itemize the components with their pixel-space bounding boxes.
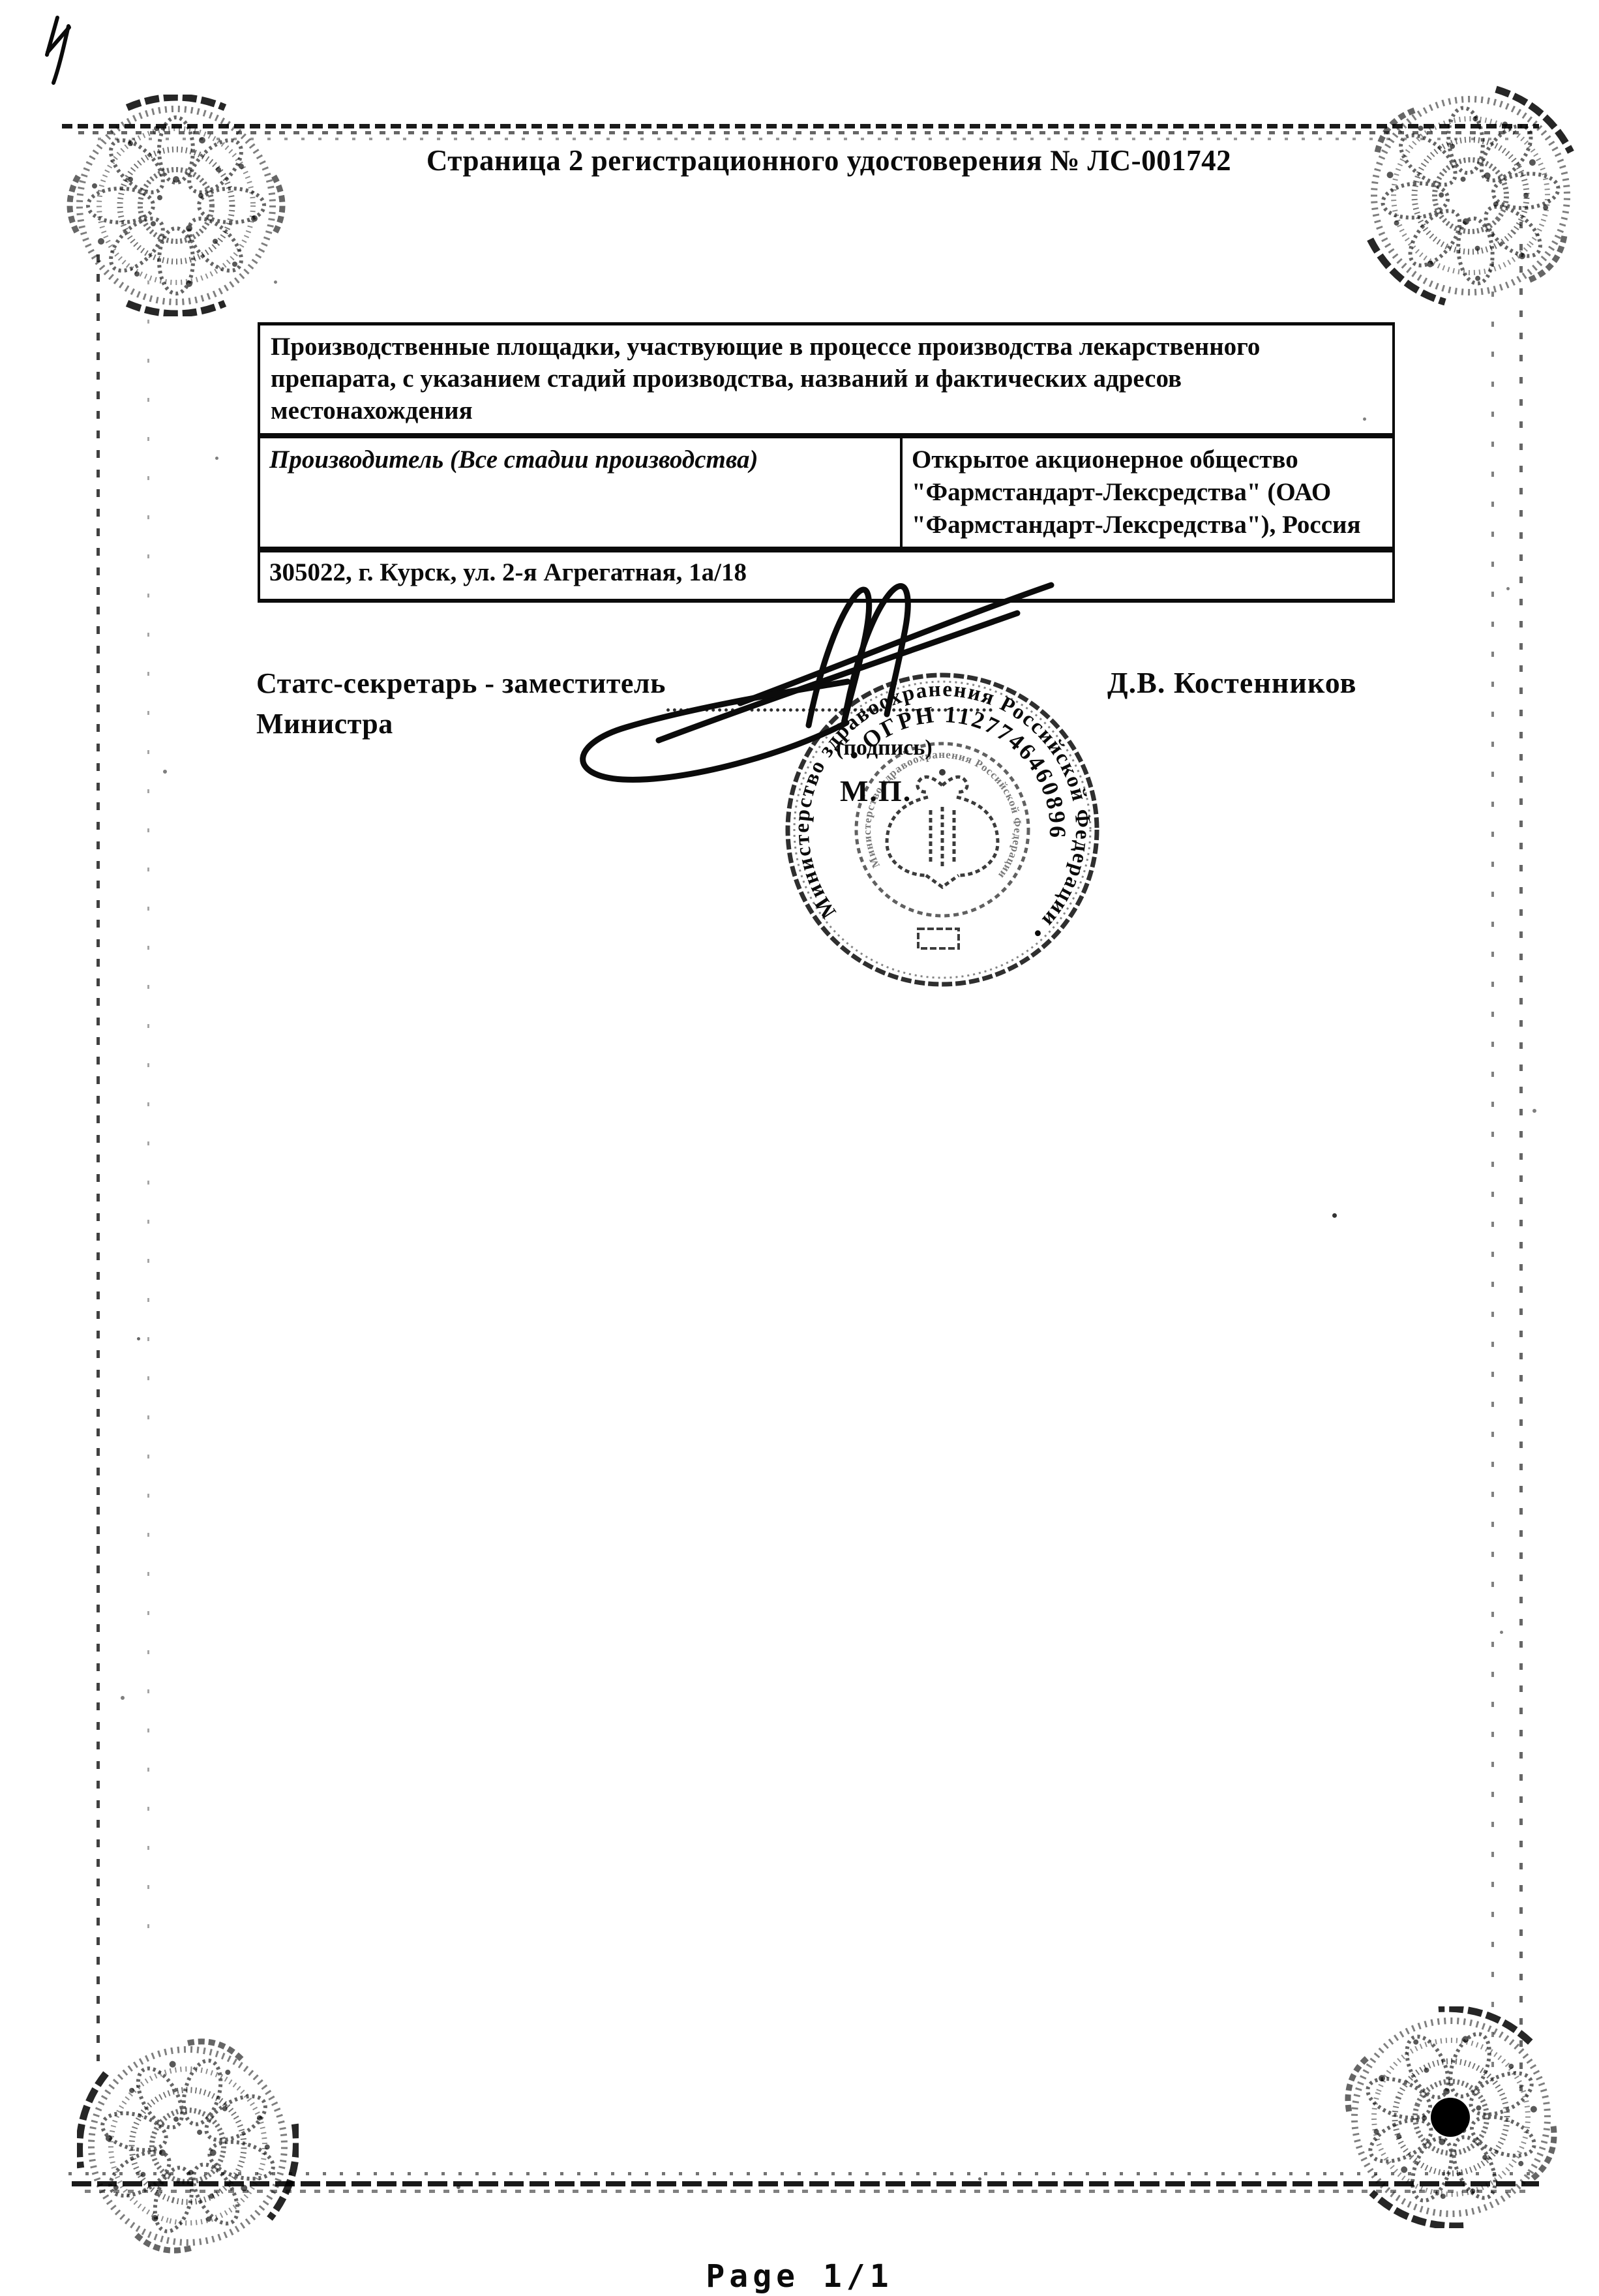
- signer-name: Д.В. Костенников: [1107, 665, 1356, 700]
- scanned-certificate-page: Страница 2 регистрационного удостоверени…: [0, 0, 1599, 2296]
- manufacturer-row: Производитель (Все стадии производства) …: [259, 436, 1394, 550]
- right-border-line: [1491, 232, 1494, 2084]
- manufacturer-value-line: "Фармстандарт-Лексредства"), Россия: [912, 509, 1383, 541]
- scan-speck: [121, 1696, 125, 1700]
- bottom-border-noise: [85, 2190, 1526, 2193]
- scan-speck: [137, 1337, 140, 1340]
- top-border-noise: [98, 138, 1519, 140]
- scan-speck: [215, 457, 218, 460]
- scan-speck: [1506, 587, 1510, 590]
- manufacturer-value-cell: Открытое акционерное общество "Фармстанд…: [901, 436, 1394, 550]
- scan-speck: [456, 2185, 460, 2189]
- ink-blot: [1431, 2098, 1470, 2137]
- table-header-line: местонахождения: [271, 395, 1382, 427]
- right-border-line: [1519, 222, 1523, 2100]
- corner-rosette-bottom-left: [77, 2035, 299, 2257]
- scan-speck: [274, 280, 277, 284]
- corner-rosette-top-left: [65, 95, 287, 316]
- manufacturer-label-cell: Производитель (Все стадии производства): [259, 436, 901, 550]
- page-title: Страница 2 регистрационного удостоверени…: [0, 143, 1599, 177]
- scan-speck: [978, 2177, 981, 2181]
- scan-speck: [1532, 1109, 1536, 1113]
- scan-speck: [1332, 1213, 1337, 1218]
- scan-speck: [1363, 417, 1366, 421]
- top-border-noise: [78, 131, 1532, 134]
- table-header-line: Производственные площадки, участвующие в…: [271, 331, 1382, 363]
- scan-speck: [1500, 1631, 1503, 1634]
- handwritten-page-mark: [39, 14, 73, 86]
- corner-rosette-top-right: [1360, 85, 1581, 307]
- left-border-noise: [147, 280, 149, 1963]
- signer-position-line2: Министра: [256, 707, 393, 740]
- table-header-cell: Производственные площадки, участвующие в…: [259, 324, 1394, 436]
- table-header-line: препарата, с указанием стадий производст…: [271, 363, 1382, 395]
- left-border-line: [97, 254, 100, 2061]
- table-header-row: Производственные площадки, участвующие в…: [259, 324, 1394, 436]
- footer-page-indicator: Page 1/1: [0, 2258, 1599, 2295]
- signature-flourish: [554, 561, 1109, 822]
- manufacturer-value-line: Открытое акционерное общество: [912, 444, 1383, 476]
- scan-speck: [163, 770, 167, 774]
- manufacturer-value-line: "Фармстандарт-Лексредства" (ОАО: [912, 476, 1383, 509]
